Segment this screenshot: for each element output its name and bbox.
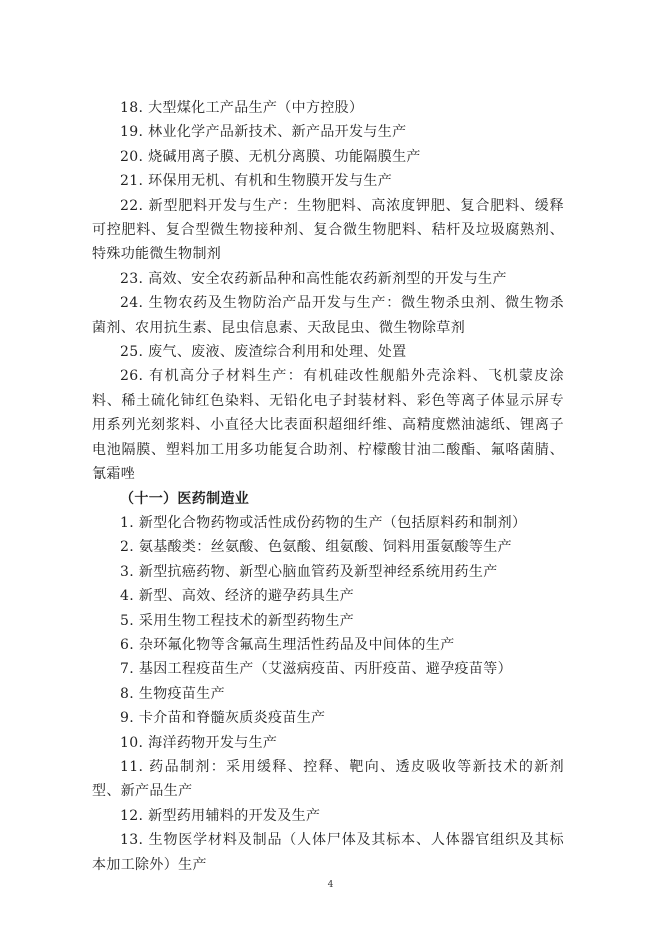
list-item-7: 7. 基因工程疫苗生产（艾滋病疫苗、丙肝疫苗、避孕疫苗等） (92, 657, 564, 681)
list-item-5: 5. 采用生物工程技术的新型药物生产 (92, 609, 564, 633)
document-page: 18. 大型煤化工产品生产（中方控股） 19. 林业化学产品新技术、新产品开发与… (92, 96, 564, 877)
list-item-11: 11. 药品制剂：采用缓释、控释、靶向、透皮吸收等新技术的新剂型、新产品生产 (92, 755, 564, 804)
list-item-4: 4. 新型、高效、经济的避孕药具生产 (92, 584, 564, 608)
list-item-25: 25. 废气、废液、废渣综合利用和处理、处置 (92, 340, 564, 364)
list-item-18: 18. 大型煤化工产品生产（中方控股） (92, 96, 564, 120)
list-item-20: 20. 烧碱用离子膜、无机分离膜、功能隔膜生产 (92, 145, 564, 169)
section-heading: （十一）医药制造业 (92, 487, 564, 511)
list-item-26: 26. 有机高分子材料生产：有机硅改性舰船外壳涂料、飞机蒙皮涂料、稀土硫化铈红色… (92, 364, 564, 486)
list-item-9: 9. 卡介苗和脊髓灰质炎疫苗生产 (92, 706, 564, 730)
list-item-12: 12. 新型药用辅料的开发及生产 (92, 804, 564, 828)
list-item-1: 1. 新型化合物药物或活性成份药物的生产（包括原料药和制剂） (92, 511, 564, 535)
list-item-19: 19. 林业化学产品新技术、新产品开发与生产 (92, 120, 564, 144)
list-item-8: 8. 生物疫苗生产 (92, 682, 564, 706)
list-item-2: 2. 氨基酸类：丝氨酸、色氨酸、组氨酸、饲料用蛋氨酸等生产 (92, 535, 564, 559)
list-item-21: 21. 环保用无机、有机和生物膜开发与生产 (92, 169, 564, 193)
list-item-23: 23. 高效、安全农药新品种和高性能农药新剂型的开发与生产 (92, 267, 564, 291)
page-number: 4 (0, 880, 661, 890)
list-item-10: 10. 海洋药物开发与生产 (92, 731, 564, 755)
list-item-24: 24. 生物农药及生物防治产品开发与生产：微生物杀虫剂、微生物杀菌剂、农用抗生素… (92, 291, 564, 340)
list-item-3: 3. 新型抗癌药物、新型心脑血管药及新型神经系统用药生产 (92, 560, 564, 584)
list-item-22: 22. 新型肥料开发与生产：生物肥料、高浓度钾肥、复合肥料、缓释可控肥料、复合型… (92, 194, 564, 267)
list-item-6: 6. 杂环氟化物等含氟高生理活性药品及中间体的生产 (92, 633, 564, 657)
list-item-13: 13. 生物医学材料及制品（人体尸体及其标本、人体器官组织及其标本加工除外）生产 (92, 828, 564, 877)
